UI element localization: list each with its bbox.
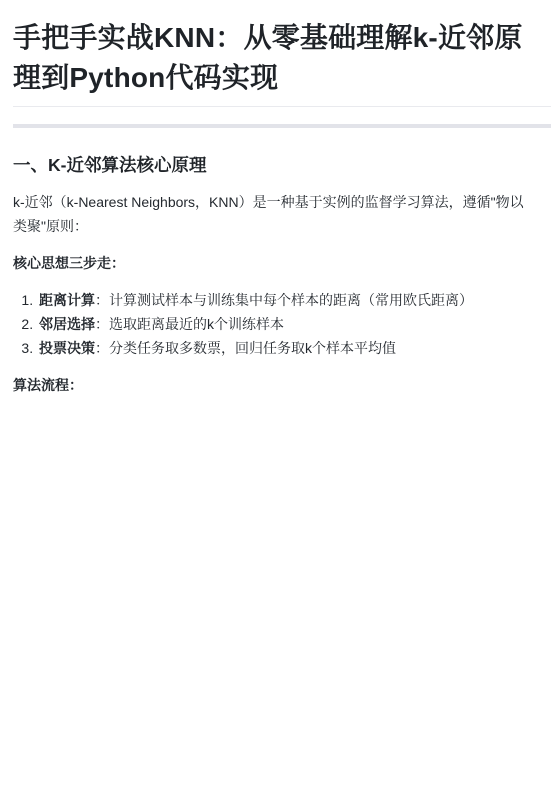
flow-label: 算法流程： xyxy=(13,373,537,397)
step-description: ：计算测试样本与训练集中每个样本的距离（常用欧氏距离） xyxy=(95,292,473,308)
step-description: ：选取距离最近的k个训练样本 xyxy=(95,316,284,332)
step-description: ：分类任务取多数票，回归任务取k个样本平均值 xyxy=(95,340,396,356)
steps-list: 距离计算：计算测试样本与训练集中每个样本的距离（常用欧氏距离） 邻居选择：选取距… xyxy=(13,288,537,360)
step-term: 邻居选择 xyxy=(39,316,95,332)
markdown-document: 手把手实战KNN：从零基础理解k-近邻原理到Python代码实现 一、K-近邻算… xyxy=(0,0,551,789)
list-item-neighbor-selection: 邻居选择：选取距离最近的k个训练样本 xyxy=(37,312,537,336)
list-item-voting-decision: 投票决策：分类任务取多数票，回归任务取k个样本平均值 xyxy=(37,336,537,360)
intro-paragraph: k-近邻（k-Nearest Neighbors，KNN）是一种基于实例的监督学… xyxy=(13,190,537,238)
section-heading: 一、K-近邻算法核心原理 xyxy=(13,154,537,177)
list-item-distance-calculation: 距离计算：计算测试样本与训练集中每个样本的距离（常用欧氏距离） xyxy=(37,288,537,312)
step-term: 投票决策 xyxy=(39,340,95,356)
core-idea-label: 核心思想三步走： xyxy=(13,251,537,275)
step-term: 距离计算 xyxy=(39,292,95,308)
horizontal-rule xyxy=(13,124,551,128)
page-title: 手把手实战KNN：从零基础理解k-近邻原理到Python代码实现 xyxy=(13,18,551,107)
